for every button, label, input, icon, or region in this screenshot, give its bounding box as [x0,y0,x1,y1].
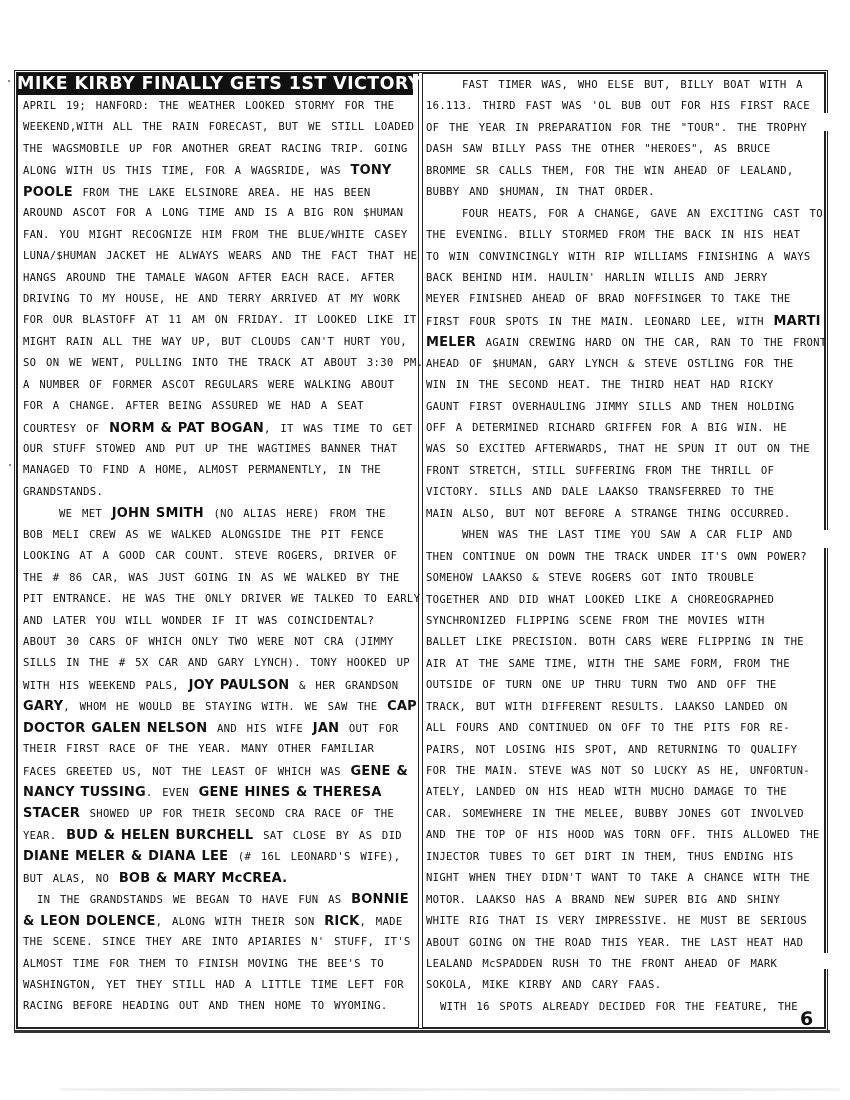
frame-bottom-shadow [14,1030,830,1033]
text-line: TO WIN CONVINCINGLY WITH RIP WILLIAMS FI… [426,247,824,268]
text-run: BALLET LIKE PRECISION. BOTH CARS WERE FL… [426,636,804,648]
text-line: THE WAGSMOBILE UP FOR ANOTHER GREAT RACI… [23,139,415,160]
text-run: WHEN WAS THE LAST TIME YOU SAW A CAR FLI… [462,529,793,541]
text-line: WHEN WAS THE LAST TIME YOU SAW A CAR FLI… [426,525,824,546]
left-column-text: APRIL 19; HANFORD: THE WEATHER LOOKED ST… [23,96,415,1018]
bold-name: BOB & MARY McCREA. [119,871,287,886]
bold-name: GARY [23,699,63,714]
bold-name: TONY [351,163,392,178]
text-line: GARY, WHOM HE WOULD BE STAYING WITH. WE … [23,696,415,717]
text-line: THE EVENING. BILLY STORMED FROM THE BACK… [426,225,824,246]
text-run: LUNA/$HUMAN JACKET HE ALWAYS WEARS AND T… [23,250,417,262]
text-line: SYNCHRONIZED FLIPPING SCENE FROM THE MOV… [426,611,824,632]
text-line: CAR. SOMEWHERE IN THE MELEE, BUBBY JONES… [426,804,824,825]
text-line: THEN CONTINUE ON DOWN THE TRACK UNDER IT… [426,547,824,568]
text-line: MOTOR. LAAKSO HAS A BRAND NEW SUPER BIG … [426,890,824,911]
text-run: FROM THE LAKE ELSINORE AREA. HE HAS BEEN [73,187,371,199]
text-run: FOR THE MAIN. STEVE WAS NOT SO LUCKY AS … [426,765,810,777]
text-line: RACING BEFORE HEADING OUT AND THEN HOME … [23,996,415,1017]
text-run: MIGHT RAIN ALL THE WAY UP, BUT CLOUDS CA… [23,336,407,348]
text-run: OFF A DETERMINED RICHARD GRIFFEN FOR A B… [426,422,787,434]
text-run: PAIRS, NOT LOSING HIS SPOT, AND RETURNIN… [426,744,797,756]
text-line: NANCY TUSSING. EVEN GENE HINES & THERESA [23,782,415,803]
text-line: BUT ALAS, NO BOB & MARY McCREA. [23,868,415,889]
text-run: WIN IN THE SECOND HEAT. THE THIRD HEAT H… [426,379,774,391]
text-line: OUR STUFF STOWED AND PUT UP THE WAGTIMES… [23,439,415,460]
bold-name: DIANE MELER & DIANA LEE [23,849,228,864]
text-run: ALMOST TIME FOR THEM TO FINISH MOVING TH… [23,958,384,970]
text-line: TRACK, BUT WITH DIFFERENT RESULTS. LAAKS… [426,697,824,718]
text-line: FOR A CHANGE. AFTER BEING ASSURED WE HAD… [23,396,415,417]
text-line: MELER AGAIN CREWING HARD ON THE CAR, RAN… [426,332,824,353]
text-run: & HER GRANDSON [289,680,398,692]
bold-name: JOY PAULSON [189,678,290,693]
text-line: STACER SHOWED UP FOR THEIR SECOND CRA RA… [23,803,415,824]
text-line: FACES GREETED US, NOT THE LEAST OF WHICH… [23,761,415,782]
border-break [818,530,830,548]
text-line: WITH HIS WEEKEND PALS, JOY PAULSON & HER… [23,675,415,696]
text-run: FOUR HEATS, FOR A CHANGE, GAVE AN EXCITI… [462,208,823,220]
text-run: AROUND ASCOT FOR A LONG TIME AND IS A BI… [23,207,403,219]
text-run: THE WAGSMOBILE UP FOR ANOTHER GREAT RACI… [23,143,408,155]
text-line: COURTESY OF NORM & PAT BOGAN, IT WAS TIM… [23,418,415,439]
text-line: FOR THE MAIN. STEVE WAS NOT SO LUCKY AS … [426,761,824,782]
bold-name: CAP [387,699,417,714]
text-run: THE EVENING. BILLY STORMED FROM THE BACK… [426,229,800,241]
text-run: FAST TIMER WAS, WHO ELSE BUT, BILLY BOAT… [462,79,803,91]
text-line: ALL FOURS AND CONTINUED ON OFF TO THE PI… [426,718,824,739]
text-run: SYNCHRONIZED FLIPPING SCENE FROM THE MOV… [426,615,765,627]
text-line: PAIRS, NOT LOSING HIS SPOT, AND RETURNIN… [426,740,824,761]
bold-name: BONNIE [351,892,409,907]
text-line: HANGS AROUND THE TAMALE WAGON AFTER EACH… [23,268,415,289]
text-line: LEALAND McSPADDEN RUSH TO THE FRONT AHEA… [426,954,824,975]
text-line: OFF A DETERMINED RICHARD GRIFFEN FOR A B… [426,418,824,439]
text-line: FRONT STRETCH, STILL SUFFERING FROM THE … [426,461,824,482]
text-run: APRIL 19; HANFORD: THE WEATHER LOOKED ST… [23,100,394,112]
text-run: BACK BEHIND HIM. HAULIN' HARLIN WILLIS A… [426,272,768,284]
text-run: OUT FOR [339,723,398,735]
bold-name: RICK [324,914,359,929]
text-line: THE SCENE. SINCE THEY ARE INTO APIARIES … [23,932,415,953]
text-run: BOB MELI CREW AS WE WALKED ALONGSIDE THE… [23,529,384,541]
text-run: INJECTOR TUBES TO GET DIRT IN THEM, THUS… [426,851,794,863]
text-run: OF THE YEAR IN PREPARATION FOR THE "TOUR… [426,122,807,134]
text-line: LUNA/$HUMAN JACKET HE ALWAYS WEARS AND T… [23,246,415,267]
text-run: TOGETHER AND DID WHAT LOOKED LIKE A CHOR… [426,594,774,606]
text-run: FIRST FOUR SPOTS IN THE MAIN. LEONARD LE… [426,316,774,328]
text-line: A NUMBER OF FORMER ASCOT REGULARS WERE W… [23,375,415,396]
text-run: IN THE GRANDSTANDS WE BEGAN TO HAVE FUN … [37,894,351,906]
text-run: MANAGED TO FIND A HOME, ALMOST PERMANENT… [23,464,381,476]
text-run: YEAR. [23,830,66,842]
text-run: WE MET [59,508,112,520]
text-run: WEEKEND,WITH ALL THE RAIN FORECAST, BUT … [23,121,414,133]
text-run: ATELY, LANDED ON HIS HEAD WITH MUCHO DAM… [426,786,787,798]
text-run: SO ON WE WENT, PULLING INTO THE TRACK AT… [23,357,423,369]
text-run: GRANDSTANDS. [23,486,103,498]
text-line: WAS SO EXCITED AFTERWARDS, THAT HE SPUN … [426,439,824,460]
text-line: BALLET LIKE PRECISION. BOTH CARS WERE FL… [426,632,824,653]
text-run: ABOUT GOING ON THE ROAD THIS YEAR. THE L… [426,937,803,949]
bold-name: NANCY TUSSING [23,785,146,800]
scan-speck [8,80,10,82]
text-run: , MADE [359,916,402,928]
bold-name: & LEON DOLENCE [23,914,156,929]
text-line: WHITE RIG THAT IS VERY IMPRESSIVE. HE MU… [426,911,824,932]
text-line: BUBBY AND $HUMAN, IN THAT ORDER. [426,182,824,203]
text-run: PIT ENTRANCE. HE WAS THE ONLY DRIVER WE … [23,593,420,605]
text-run: ABOUT 30 CARS OF WHICH ONLY TWO WERE NOT… [23,636,394,648]
text-line: WIN IN THE SECOND HEAT. THE THIRD HEAT H… [426,375,824,396]
bold-name: GENE HINES & THERESA [199,785,382,800]
text-run: FAN. YOU MIGHT RECOGNIZE HIM FROM THE BL… [23,229,408,241]
text-run: WHITE RIG THAT IS VERY IMPRESSIVE. HE MU… [426,915,807,927]
text-line: ABOUT 30 CARS OF WHICH ONLY TWO WERE NOT… [23,632,415,653]
text-run: SILLS IN THE # 5X CAR AND GARY LYNCH). T… [23,657,410,669]
text-run: (# 16L LEONARD'S WIFE), [228,851,400,863]
text-line: FIRST FOUR SPOTS IN THE MAIN. LEONARD LE… [426,311,824,332]
text-run: MOTOR. LAAKSO HAS A BRAND NEW SUPER BIG … [426,894,780,906]
text-line: 16.113. THIRD FAST WAS 'OL BUB OUT FOR H… [426,96,824,117]
text-run: THEN CONTINUE ON DOWN THE TRACK UNDER IT… [426,551,807,563]
text-line: APRIL 19; HANFORD: THE WEATHER LOOKED ST… [23,96,415,117]
text-run: THE SCENE. SINCE THEY ARE INTO APIARIES … [23,936,411,948]
text-line: ATELY, LANDED ON HIS HEAD WITH MUCHO DAM… [426,782,824,803]
text-line: FAN. YOU MIGHT RECOGNIZE HIM FROM THE BL… [23,225,415,246]
text-run: WITH 16 SPOTS ALREADY DECIDED FOR THE FE… [440,1001,798,1013]
bold-name: BUD & HELEN BURCHELL [66,828,253,843]
text-run: OUR STUFF STOWED AND PUT UP THE WAGTIMES… [23,443,397,455]
text-run: FOR OUR BLASTOFF AT 11 AM ON FRIDAY. IT … [23,314,417,326]
bold-name: JAN [313,721,339,736]
text-line: THE # 86 CAR, WAS JUST GOING IN AS WE WA… [23,568,415,589]
text-line: VICTORY. SILLS AND DALE LAAKSO TRANSFERR… [426,482,824,503]
text-line: SOMEHOW LAAKSO & STEVE ROGERS GOT INTO T… [426,568,824,589]
text-line: AHEAD OF $HUMAN, GARY LYNCH & STEVE OSTL… [426,354,824,375]
text-run: LOOKING AT A GOOD CAR COUNT. STEVE ROGER… [23,550,397,562]
text-run: . EVEN [146,787,199,799]
text-line: AIR AT THE SAME TIME, WITH THE SAME FORM… [426,654,824,675]
text-run: , WHOM HE WOULD BE STAYING WITH. WE SAW … [63,701,387,713]
text-run: A NUMBER OF FORMER ASCOT REGULARS WERE W… [23,379,394,391]
text-line: DOCTOR GALEN NELSON AND HIS WIFE JAN OUT… [23,718,415,739]
text-line: TOGETHER AND DID WHAT LOOKED LIKE A CHOR… [426,590,824,611]
text-run: TRACK, BUT WITH DIFFERENT RESULTS. LAAKS… [426,701,788,713]
text-run: SAT CLOSE BY AS DID [253,830,402,842]
text-run: AND HIS WIFE [207,723,313,735]
bold-name: POOLE [23,185,73,200]
text-line: DASH SAW BILLY PASS THE OTHER "HEROES", … [426,139,824,160]
text-line: FAST TIMER WAS, WHO ELSE BUT, BILLY BOAT… [426,75,824,96]
text-line: BOB MELI CREW AS WE WALKED ALONGSIDE THE… [23,525,415,546]
bold-name: NORM & PAT BOGAN [109,421,264,436]
text-run: COURTESY OF [23,423,109,435]
text-line: THEIR FIRST RACE OF THE YEAR. MANY OTHER… [23,739,415,760]
text-run: ALONG WITH US THIS TIME, FOR A WAGSRIDE,… [23,165,351,177]
bold-name: MELER [426,335,476,350]
page-number: 6 [800,1008,813,1030]
bold-name: MARTI [774,314,821,329]
text-run: ALL FOURS AND CONTINUED ON OFF TO THE PI… [426,722,790,734]
text-run: WASHINGTON, YET THEY STILL HAD A LITTLE … [23,979,404,991]
bold-name: STACER [23,806,80,821]
text-run: THE # 86 CAR, WAS JUST GOING IN AS WE WA… [23,572,400,584]
text-run: AHEAD OF $HUMAN, GARY LYNCH & STEVE OSTL… [426,358,794,370]
text-line: WASHINGTON, YET THEY STILL HAD A LITTLE … [23,975,415,996]
text-run: AND LATER YOU WILL WONDER IF IT WAS COIN… [23,615,374,627]
text-run: 16.113. THIRD FAST WAS 'OL BUB OUT FOR H… [426,100,810,112]
scan-edge [60,1088,840,1091]
text-run: FOR A CHANGE. AFTER BEING ASSURED WE HAD… [23,400,364,412]
text-line: WITH 16 SPOTS ALREADY DECIDED FOR THE FE… [426,997,824,1018]
text-run: CAR. SOMEWHERE IN THE MELEE, BUBBY JONES… [426,808,804,820]
text-line: YEAR. BUD & HELEN BURCHELL SAT CLOSE BY … [23,825,415,846]
text-line: OF THE YEAR IN PREPARATION FOR THE "TOUR… [426,118,824,139]
text-run: DASH SAW BILLY PASS THE OTHER "HEROES", … [426,143,771,155]
text-run: , IT WAS TIME TO GET [264,423,413,435]
text-line: OUTSIDE OF TURN ONE UP THRU TURN TWO AND… [426,675,824,696]
text-line: SOKOLA, MIKE KIRBY AND CARY FAAS. [426,975,824,996]
text-run: HANGS AROUND THE TAMALE WAGON AFTER EACH… [23,272,394,284]
text-line: AND THE TOP OF HIS HOOD WAS TORN OFF. TH… [426,825,824,846]
text-run: THEIR FIRST RACE OF THE YEAR. MANY OTHER… [23,743,374,755]
text-line: ALONG WITH US THIS TIME, FOR A WAGSRIDE,… [23,160,415,181]
text-line: DIANE MELER & DIANA LEE (# 16L LEONARD'S… [23,846,415,867]
bold-name: JOHN SMITH [112,506,204,521]
text-line: POOLE FROM THE LAKE ELSINORE AREA. HE HA… [23,182,415,203]
text-line: MIGHT RAIN ALL THE WAY UP, BUT CLOUDS CA… [23,332,415,353]
text-run: DRIVING TO MY HOUSE, HE AND TERRY ARRIVE… [23,293,400,305]
text-run: AGAIN CREWING HARD ON THE CAR, RAN TO TH… [476,337,827,349]
text-run: , ALONG WITH THEIR SON [156,916,325,928]
text-run: OUTSIDE OF TURN ONE UP THRU TURN TWO AND… [426,679,777,691]
text-run: MEYER FINISHED AHEAD OF BRAD NOFFSINGER … [426,293,791,305]
text-run: TO WIN CONVINCINGLY WITH RIP WILLIAMS FI… [426,251,811,263]
text-line: MEYER FINISHED AHEAD OF BRAD NOFFSINGER … [426,289,824,310]
text-run: WAS SO EXCITED AFTERWARDS, THAT HE SPUN … [426,443,810,455]
text-run: AIR AT THE SAME TIME, WITH THE SAME FORM… [426,658,790,670]
text-run: VICTORY. SILLS AND DALE LAAKSO TRANSFERR… [426,486,774,498]
text-run: (NO ALIAS HERE) FROM THE [204,508,386,520]
text-run: SOKOLA, MIKE KIRBY AND CARY FAAS. [426,979,661,991]
text-run: NIGHT WHEN THEY DIDN'T WANT TO TAKE A CH… [426,872,810,884]
text-line: INJECTOR TUBES TO GET DIRT IN THEM, THUS… [426,847,824,868]
text-run: FACES GREETED US, NOT THE LEAST OF WHICH… [23,766,351,778]
text-line: GAUNT FIRST OVERHAULING JIMMY SILLS AND … [426,397,824,418]
text-run: FRONT STRETCH, STILL SUFFERING FROM THE … [426,465,774,477]
text-line: IN THE GRANDSTANDS WE BEGAN TO HAVE FUN … [23,889,415,910]
bold-name: GENE & [351,764,408,779]
border-break [818,953,830,969]
text-run: BUT ALAS, NO [23,873,119,885]
text-run: GAUNT FIRST OVERHAULING JIMMY SILLS AND … [426,401,794,413]
text-run: WITH HIS WEEKEND PALS, [23,680,189,692]
text-line: AROUND ASCOT FOR A LONG TIME AND IS A BI… [23,203,415,224]
text-run: AND THE TOP OF HIS HOOD WAS TORN OFF. TH… [426,829,820,841]
text-run: SHOWED UP FOR THEIR SECOND CRA RACE OF T… [80,808,394,820]
text-line: WE MET JOHN SMITH (NO ALIAS HERE) FROM T… [23,503,415,524]
text-run: SOMEHOW LAAKSO & STEVE ROGERS GOT INTO T… [426,572,754,584]
text-run: RACING BEFORE HEADING OUT AND THEN HOME … [23,1000,388,1012]
text-line: PIT ENTRANCE. HE WAS THE ONLY DRIVER WE … [23,589,415,610]
text-line: ALMOST TIME FOR THEM TO FINISH MOVING TH… [23,954,415,975]
text-line: LOOKING AT A GOOD CAR COUNT. STEVE ROGER… [23,546,415,567]
text-line: MAIN ALSO, BUT NOT BEFORE A STRANGE THIN… [426,504,824,525]
text-line: MANAGED TO FIND A HOME, ALMOST PERMANENT… [23,460,415,481]
text-line: AND LATER YOU WILL WONDER IF IT WAS COIN… [23,611,415,632]
scan-speck [9,464,11,466]
text-run: BROMME SR CALLS THEM, FOR THE WIN AHEAD … [426,165,794,177]
text-line: FOUR HEATS, FOR A CHANGE, GAVE AN EXCITI… [426,204,824,225]
text-line: DRIVING TO MY HOUSE, HE AND TERRY ARRIVE… [23,289,415,310]
right-column-text: FAST TIMER WAS, WHO ELSE BUT, BILLY BOAT… [426,75,824,1018]
text-line: ABOUT GOING ON THE ROAD THIS YEAR. THE L… [426,933,824,954]
text-line: FOR OUR BLASTOFF AT 11 AM ON FRIDAY. IT … [23,310,415,331]
text-run: MAIN ALSO, BUT NOT BEFORE A STRANGE THIN… [426,508,791,520]
text-line: WEEKEND,WITH ALL THE RAIN FORECAST, BUT … [23,117,415,138]
article-headline: MIKE KIRBY FINALLY GETS 1ST VICTORY [17,73,413,95]
text-line: & LEON DOLENCE, ALONG WITH THEIR SON RIC… [23,911,415,932]
text-line: SILLS IN THE # 5X CAR AND GARY LYNCH). T… [23,653,415,674]
text-line: BACK BEHIND HIM. HAULIN' HARLIN WILLIS A… [426,268,824,289]
text-run: BUBBY AND $HUMAN, IN THAT ORDER. [426,186,655,198]
bold-name: DOCTOR GALEN NELSON [23,721,207,736]
text-line: NIGHT WHEN THEY DIDN'T WANT TO TAKE A CH… [426,868,824,889]
text-line: SO ON WE WENT, PULLING INTO THE TRACK AT… [23,353,415,374]
text-line: GRANDSTANDS. [23,482,415,503]
text-run: LEALAND McSPADDEN RUSH TO THE FRONT AHEA… [426,958,777,970]
text-line: BROMME SR CALLS THEM, FOR THE WIN AHEAD … [426,161,824,182]
border-break [818,113,830,131]
